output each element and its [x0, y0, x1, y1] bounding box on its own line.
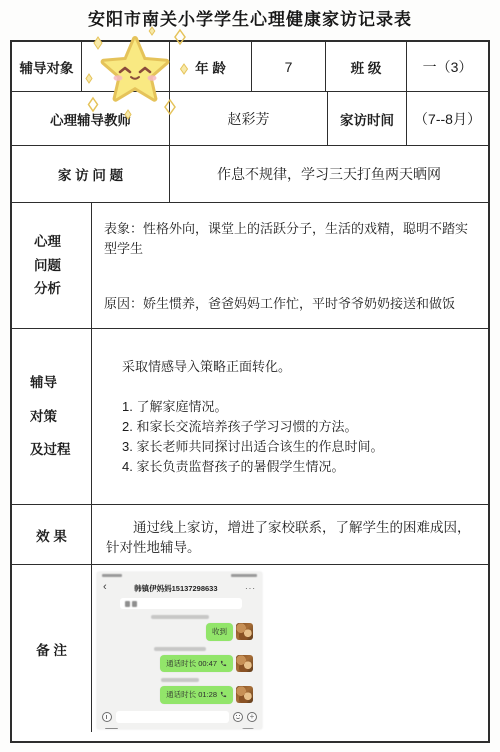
table-row: 备 注 ‹ 韩镇伊妈妈15137298633 ···: [12, 565, 488, 732]
table-row: 效 果 通过线上家访，增进了家校联系，了解学生的困难成因，针对性地辅导。: [12, 505, 488, 565]
avatar: [236, 655, 253, 672]
chat-message-row: 通话时长 01:28: [97, 686, 262, 704]
age-value-cell: 7: [252, 42, 326, 91]
strategy-label-cell: 辅导 对策 及过程: [12, 329, 92, 504]
strategy-steps-list: 1. 了解家庭情况。 2. 和家长交流培养孩子学习习惯的方法。 3. 家长老师共…: [122, 397, 478, 478]
strategy-step: 4. 家长负责监督孩子的暑假学生情况。: [122, 457, 478, 477]
remarks-content-cell: ‹ 韩镇伊妈妈15137298633 ··· 收到: [92, 565, 488, 732]
call-duration-text: 通话时长 00:47: [166, 660, 217, 668]
chat-message-row: 通话时长 00:47: [97, 655, 262, 673]
subject-name-cell: [82, 42, 170, 91]
remarks-label-cell: 备 注: [12, 565, 92, 732]
keyboard-icon: [105, 728, 118, 730]
message-bubble: 收到: [206, 623, 233, 641]
strategy-label-line: 辅导: [30, 366, 91, 400]
home-visit-record-document: 安阳市南关小学学生心理健康家访记录表 辅导对象 年 龄 7 班 级 一（3） 心…: [0, 0, 500, 752]
message-text: 收到: [212, 628, 227, 636]
voice-input-icon: [102, 712, 112, 722]
analysis-label-line: 问题: [34, 254, 91, 278]
strategy-step: 2. 和家长交流培养孩子学习习惯的方法。: [122, 417, 478, 437]
phone-call-icon: [220, 691, 227, 698]
call-message-bubble: 通话时长 00:47: [160, 655, 233, 673]
analysis-label-cell: 心理 问题 分析: [12, 203, 92, 328]
chat-nav-bar: ‹ 韩镇伊妈妈15137298633 ···: [97, 581, 262, 595]
teacher-value-cell: 赵彩芳: [170, 92, 328, 145]
table-row: 心理 问题 分析 表象：性格外向，课堂上的活跃分子，生活的戏精，聪明不踏实型学生…: [12, 203, 488, 329]
more-icon: ···: [245, 584, 256, 593]
table-row: 辅导 对策 及过程 采取情感导入策略正面转化。 1. 了解家庭情况。 2. 和家…: [12, 329, 488, 505]
visit-problem-label-cell: 家 访 问 题: [12, 146, 170, 202]
chat-input-bar: [97, 711, 262, 723]
timestamp-blur: [151, 615, 209, 619]
chat-note-box: [120, 598, 242, 609]
call-duration-text: 通话时长 01:28: [166, 691, 217, 699]
plus-icon: [247, 712, 257, 722]
analysis-surface-text: 表象：性格外向，课堂上的活跃分子，生活的戏精，聪明不踏实型学生: [104, 219, 474, 258]
analysis-label-line: 分析: [34, 277, 91, 301]
effect-label-cell: 效 果: [12, 505, 92, 564]
teacher-label-cell: 心理辅导教师: [12, 92, 170, 145]
strategy-label-line: 及过程: [30, 433, 91, 467]
age-label-cell: 年 龄: [170, 42, 252, 91]
table-row: 辅导对象 年 龄 7 班 级 一（3）: [12, 42, 488, 92]
class-value-cell: 一（3）: [407, 42, 488, 91]
call-message-bubble: 通话时长 01:28: [160, 686, 233, 704]
effect-content-cell: 通过线上家访，增进了家校联系，了解学生的困难成因，针对性地辅导。: [92, 505, 488, 564]
message-input-field: [116, 711, 229, 723]
avatar: [236, 623, 253, 640]
class-label-cell: 班 级: [326, 42, 407, 91]
phone-call-icon: [220, 660, 227, 667]
table-row: 家 访 问 题 作息不规律，学习三天打鱼两天晒网: [12, 146, 488, 203]
visit-problem-value-cell: 作息不规律，学习三天打鱼两天晒网: [170, 146, 488, 202]
phone-status-bar: [97, 572, 262, 581]
input-mode-icon: [242, 728, 254, 730]
wechat-chat-screenshot: ‹ 韩镇伊妈妈15137298633 ··· 收到: [97, 572, 262, 729]
strategy-step: 3. 家长老师共同探讨出适合该生的作息时间。: [122, 437, 478, 457]
analysis-content-cell: 表象：性格外向，课堂上的活跃分子，生活的戏精，聪明不踏实型学生 原因：娇生惯养，…: [92, 203, 488, 328]
table-row: 心理辅导教师 赵彩芳 家访时间 （7--8月）: [12, 92, 488, 146]
blurred-text: [125, 601, 130, 607]
chat-contact-title: 韩镇伊妈妈15137298633: [107, 583, 245, 594]
effect-text: 通过线上家访，增进了家校联系，了解学生的困难成因，针对性地辅导。: [106, 518, 472, 559]
record-form-table: 辅导对象 年 龄 7 班 级 一（3） 心理辅导教师 赵彩芳 家访时间 （7--…: [10, 40, 490, 743]
status-battery-blur: [231, 574, 257, 577]
analysis-label-line: 心理: [34, 230, 91, 254]
timestamp-blur: [161, 678, 199, 682]
chat-message-row: 收到: [97, 623, 262, 641]
strategy-content-cell: 采取情感导入策略正面转化。 1. 了解家庭情况。 2. 和家长交流培养孩子学习习…: [92, 329, 488, 504]
page-title: 安阳市南关小学学生心理健康家访记录表: [0, 5, 500, 30]
chat-tool-row: [97, 728, 262, 730]
avatar: [236, 686, 253, 703]
subject-label-cell: 辅导对象: [12, 42, 82, 91]
timestamp-blur: [154, 647, 206, 651]
status-time-blur: [102, 574, 122, 577]
strategy-intro-text: 采取情感导入策略正面转化。: [122, 357, 478, 377]
analysis-cause-text: 原因：娇生惯养，爸爸妈妈工作忙，平时爷爷奶奶接送和做饭: [104, 294, 474, 314]
strategy-label-line: 对策: [30, 400, 91, 434]
strategy-step: 1. 了解家庭情况。: [122, 397, 478, 417]
visit-time-label-cell: 家访时间: [328, 92, 407, 145]
blurred-text: [132, 601, 137, 607]
emoji-icon: [233, 712, 243, 722]
visit-time-value-cell: （7--8月）: [407, 92, 488, 145]
